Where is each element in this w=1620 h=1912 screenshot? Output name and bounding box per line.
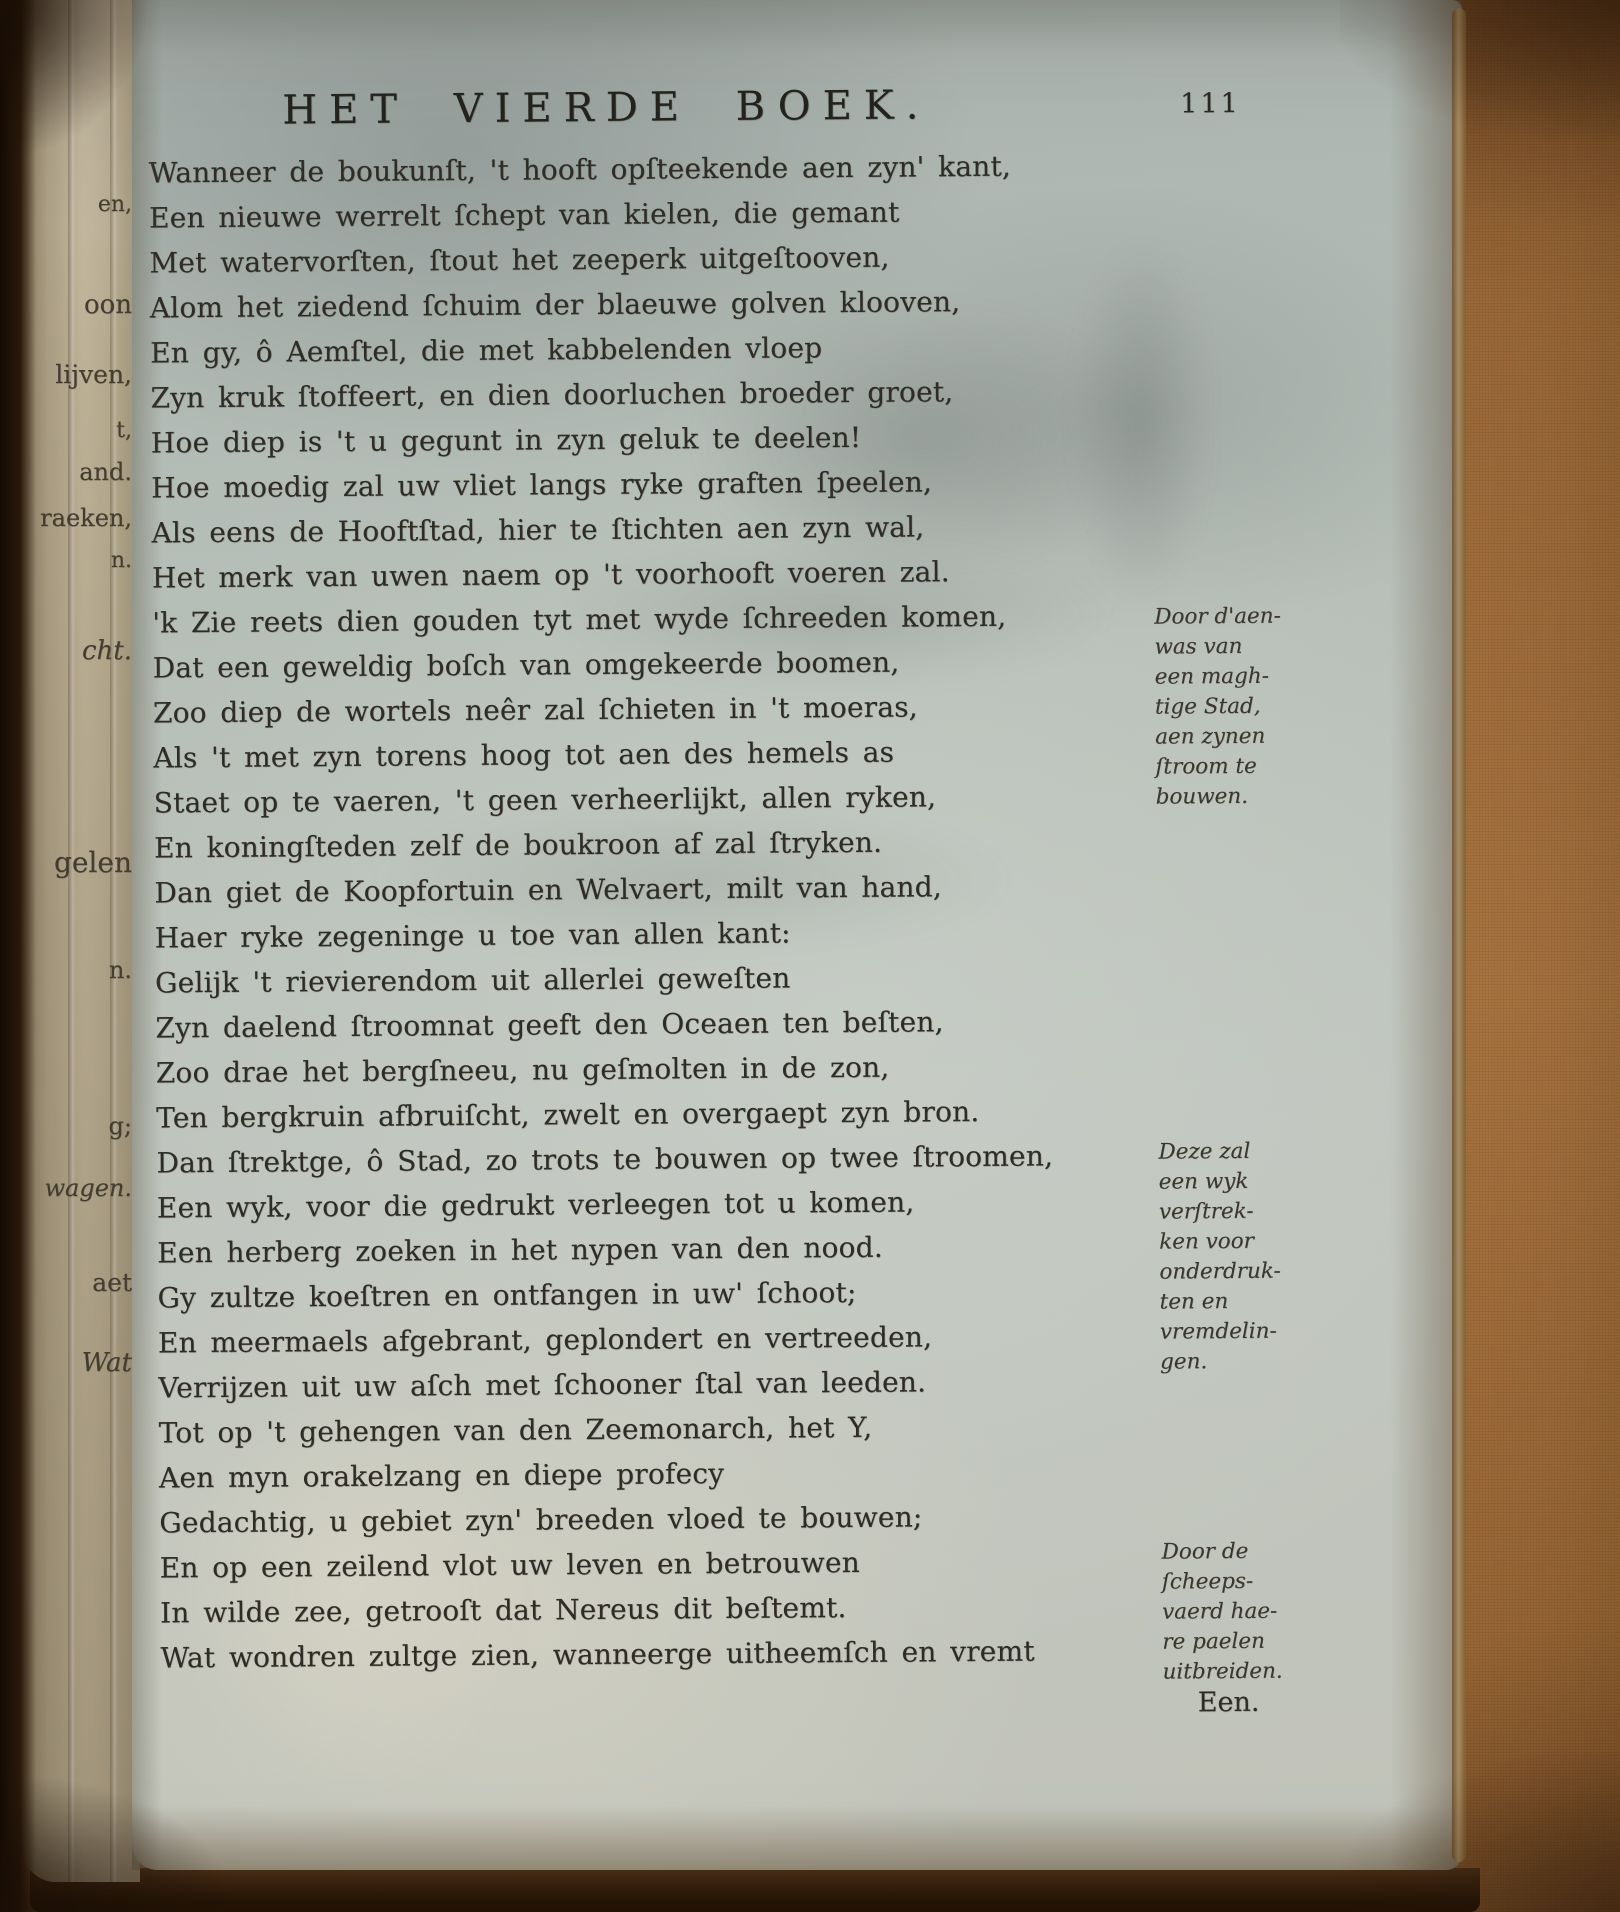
margin-note-line: een wyk xyxy=(1159,1166,1329,1197)
margin-note-line: ten en xyxy=(1160,1286,1330,1317)
margin-note-line: vaerd hae- xyxy=(1162,1596,1332,1627)
poem-line: Wanneer de boukunſt, 't hooft opſteekend… xyxy=(149,143,1159,196)
poem-text-block: Wanneer de boukunſt, 't hooft opſteekend… xyxy=(149,143,1171,1681)
poem-line: En koningſteden zelf de boukroon af zal … xyxy=(154,818,1164,871)
page-edge-crease xyxy=(68,0,75,1882)
margin-note: Door d'aen-was vaneen magh-tige Stad,aen… xyxy=(1154,601,1326,812)
shadow-under-page xyxy=(30,1868,1480,1912)
poem-line: Hoe diep is 't u gegunt in zyn geluk te … xyxy=(151,413,1161,466)
edge-text-fragment: aet xyxy=(92,1268,132,1297)
book-photo: en, oon lijven, t, and. raeken, n. cht. … xyxy=(0,0,1620,1912)
poem-line: Hoe moedig zal uw vliet langs ryke graft… xyxy=(151,458,1161,511)
poem-line: Aen myn orakelzang en diepe profecy xyxy=(159,1448,1169,1501)
page-block-right-edge xyxy=(1452,8,1466,1862)
book-page: HET VIERDE BOEK. 111 Wanneer de boukunſt… xyxy=(132,0,1462,1870)
poem-line: Gedachtig, u gebiet zyn' breeden vloed t… xyxy=(159,1493,1169,1546)
edge-text-fragment: oon xyxy=(84,290,132,320)
facing-page-edge: en, oon lijven, t, and. raeken, n. cht. … xyxy=(22,0,140,1882)
page-edge-crease xyxy=(110,0,117,1882)
edge-text-fragment: cht. xyxy=(82,636,132,666)
margin-note-line: verſtrek- xyxy=(1159,1196,1329,1227)
poem-line: Wat wondren zultge zien, wanneerge uithe… xyxy=(160,1628,1170,1681)
poem-line: Ten bergkruin afbruiſcht, zwelt en overg… xyxy=(156,1088,1166,1141)
poem-line: Dan ſtrektge, ô Stad, zo trots te bouwen… xyxy=(156,1133,1166,1186)
edge-text-fragment: lijven, xyxy=(55,360,132,389)
margin-note-line: ken voor xyxy=(1159,1226,1329,1257)
poem-line: Zoo diep de wortels neêr zal ſchieten in… xyxy=(153,683,1163,736)
poem-line: Een wyk, voor die gedrukt verleegen tot … xyxy=(157,1178,1167,1231)
edge-text-fragment: wagen. xyxy=(44,1174,132,1202)
margin-note-line: ſcheeps- xyxy=(1162,1566,1332,1597)
poem-line: Een nieuwe werrelt ſchept van kielen, di… xyxy=(149,188,1159,241)
margin-note: Deze zaleen wykverſtrek-ken vooronderdru… xyxy=(1158,1136,1330,1377)
poem-line: Een herberg zoeken in het nypen van den … xyxy=(157,1223,1167,1276)
margin-note-line: vremdelin- xyxy=(1160,1316,1330,1347)
margin-note-line: gen. xyxy=(1160,1346,1330,1377)
margin-note-line: Deze zal xyxy=(1158,1136,1328,1167)
edge-text-fragment: Wat xyxy=(82,1348,132,1378)
book-spine-shadow xyxy=(0,0,36,1912)
margin-note-line: aen zynen xyxy=(1155,721,1325,752)
poem-line: Gy zultze koeſtren en ontfangen in uw' ſ… xyxy=(157,1268,1167,1321)
page-number: 111 xyxy=(1180,88,1241,119)
margin-note-line: bouwen. xyxy=(1156,781,1326,812)
edge-text-fragment: en, xyxy=(98,192,132,217)
catchword: Een. xyxy=(1198,1687,1260,1718)
edge-text-fragment: g; xyxy=(109,1112,132,1140)
margin-note-line: een magh- xyxy=(1155,661,1325,692)
edge-text-fragment: n. xyxy=(109,956,132,984)
margin-note-line: tige Stad, xyxy=(1155,691,1325,722)
poem-line: In wilde zee, getrooſt dat Nereus dit be… xyxy=(160,1583,1170,1636)
poem-line: Als 't met zyn torens hoog tot aen des h… xyxy=(153,728,1163,781)
edge-text-fragment: gelen xyxy=(54,846,132,879)
poem-line: Dan giet de Koopfortuin en Welvaert, mil… xyxy=(154,863,1164,916)
margin-note-line: ſtroom te xyxy=(1155,751,1325,782)
margin-note: Door deſcheeps-vaerd hae-re paelenuitbre… xyxy=(1161,1536,1332,1687)
edge-text-fragment: t, xyxy=(116,418,132,443)
poem-line: Haer ryke zegeninge u toe van allen kant… xyxy=(155,908,1165,961)
poem-line: Dat een geweldig boſch van omgekeerde bo… xyxy=(152,638,1162,691)
margin-note-line: uitbreiden. xyxy=(1162,1656,1332,1687)
poem-line: Als eens de Hooftſtad, hier te ſtichten … xyxy=(151,503,1161,556)
poem-line: Het merk van uwen naem op 't voorhooft v… xyxy=(152,548,1162,601)
margin-note-line: was van xyxy=(1154,631,1324,662)
poem-line: Zoo drae het bergſneeu, nu geſmolten in … xyxy=(156,1043,1166,1096)
margin-note-line: onderdruk- xyxy=(1159,1256,1329,1287)
poem-line: 'k Zie reets dien gouden tyt met wyde ſc… xyxy=(152,593,1162,646)
edge-text-fragment: n. xyxy=(111,548,132,573)
poem-line: En meermaels afgebrant, geplondert en ve… xyxy=(158,1313,1168,1366)
poem-line: Alom het ziedend ſchuim der blaeuwe golv… xyxy=(150,278,1160,331)
page-title: HET VIERDE BOEK. xyxy=(282,82,931,133)
poem-line: Zyn daelend ſtroomnat geeft den Oceaen t… xyxy=(155,998,1165,1051)
printed-content: HET VIERDE BOEK. 111 Wanneer de boukunſt… xyxy=(131,0,1476,1871)
poem-line: En gy, ô Aemſtel, die met kabbelenden vl… xyxy=(150,323,1160,376)
edge-text-fragment: and. xyxy=(79,458,132,486)
poem-line: Staet op te vaeren, 't geen verheerlijkt… xyxy=(153,773,1163,826)
poem-line: Zyn kruk ſtoffeert, en dien doorluchen b… xyxy=(150,368,1160,421)
poem-line: Tot op 't gehengen van den Zeemonarch, h… xyxy=(158,1403,1168,1456)
edge-text-fragment: raeken, xyxy=(40,504,132,532)
poem-line: Gelijk 't rievierendom uit allerlei gewe… xyxy=(155,953,1165,1006)
margin-note-line: re paelen xyxy=(1162,1626,1332,1657)
poem-line: En op een zeilend vlot uw leven en betro… xyxy=(160,1538,1170,1591)
poem-line: Met watervorſten, ſtout het zeeperk uitg… xyxy=(149,233,1159,286)
margin-note-line: Door d'aen- xyxy=(1154,601,1324,632)
poem-line: Verrijzen uit uw aſch met ſchooner ſtal … xyxy=(158,1358,1168,1411)
margin-note-line: Door de xyxy=(1161,1536,1331,1567)
